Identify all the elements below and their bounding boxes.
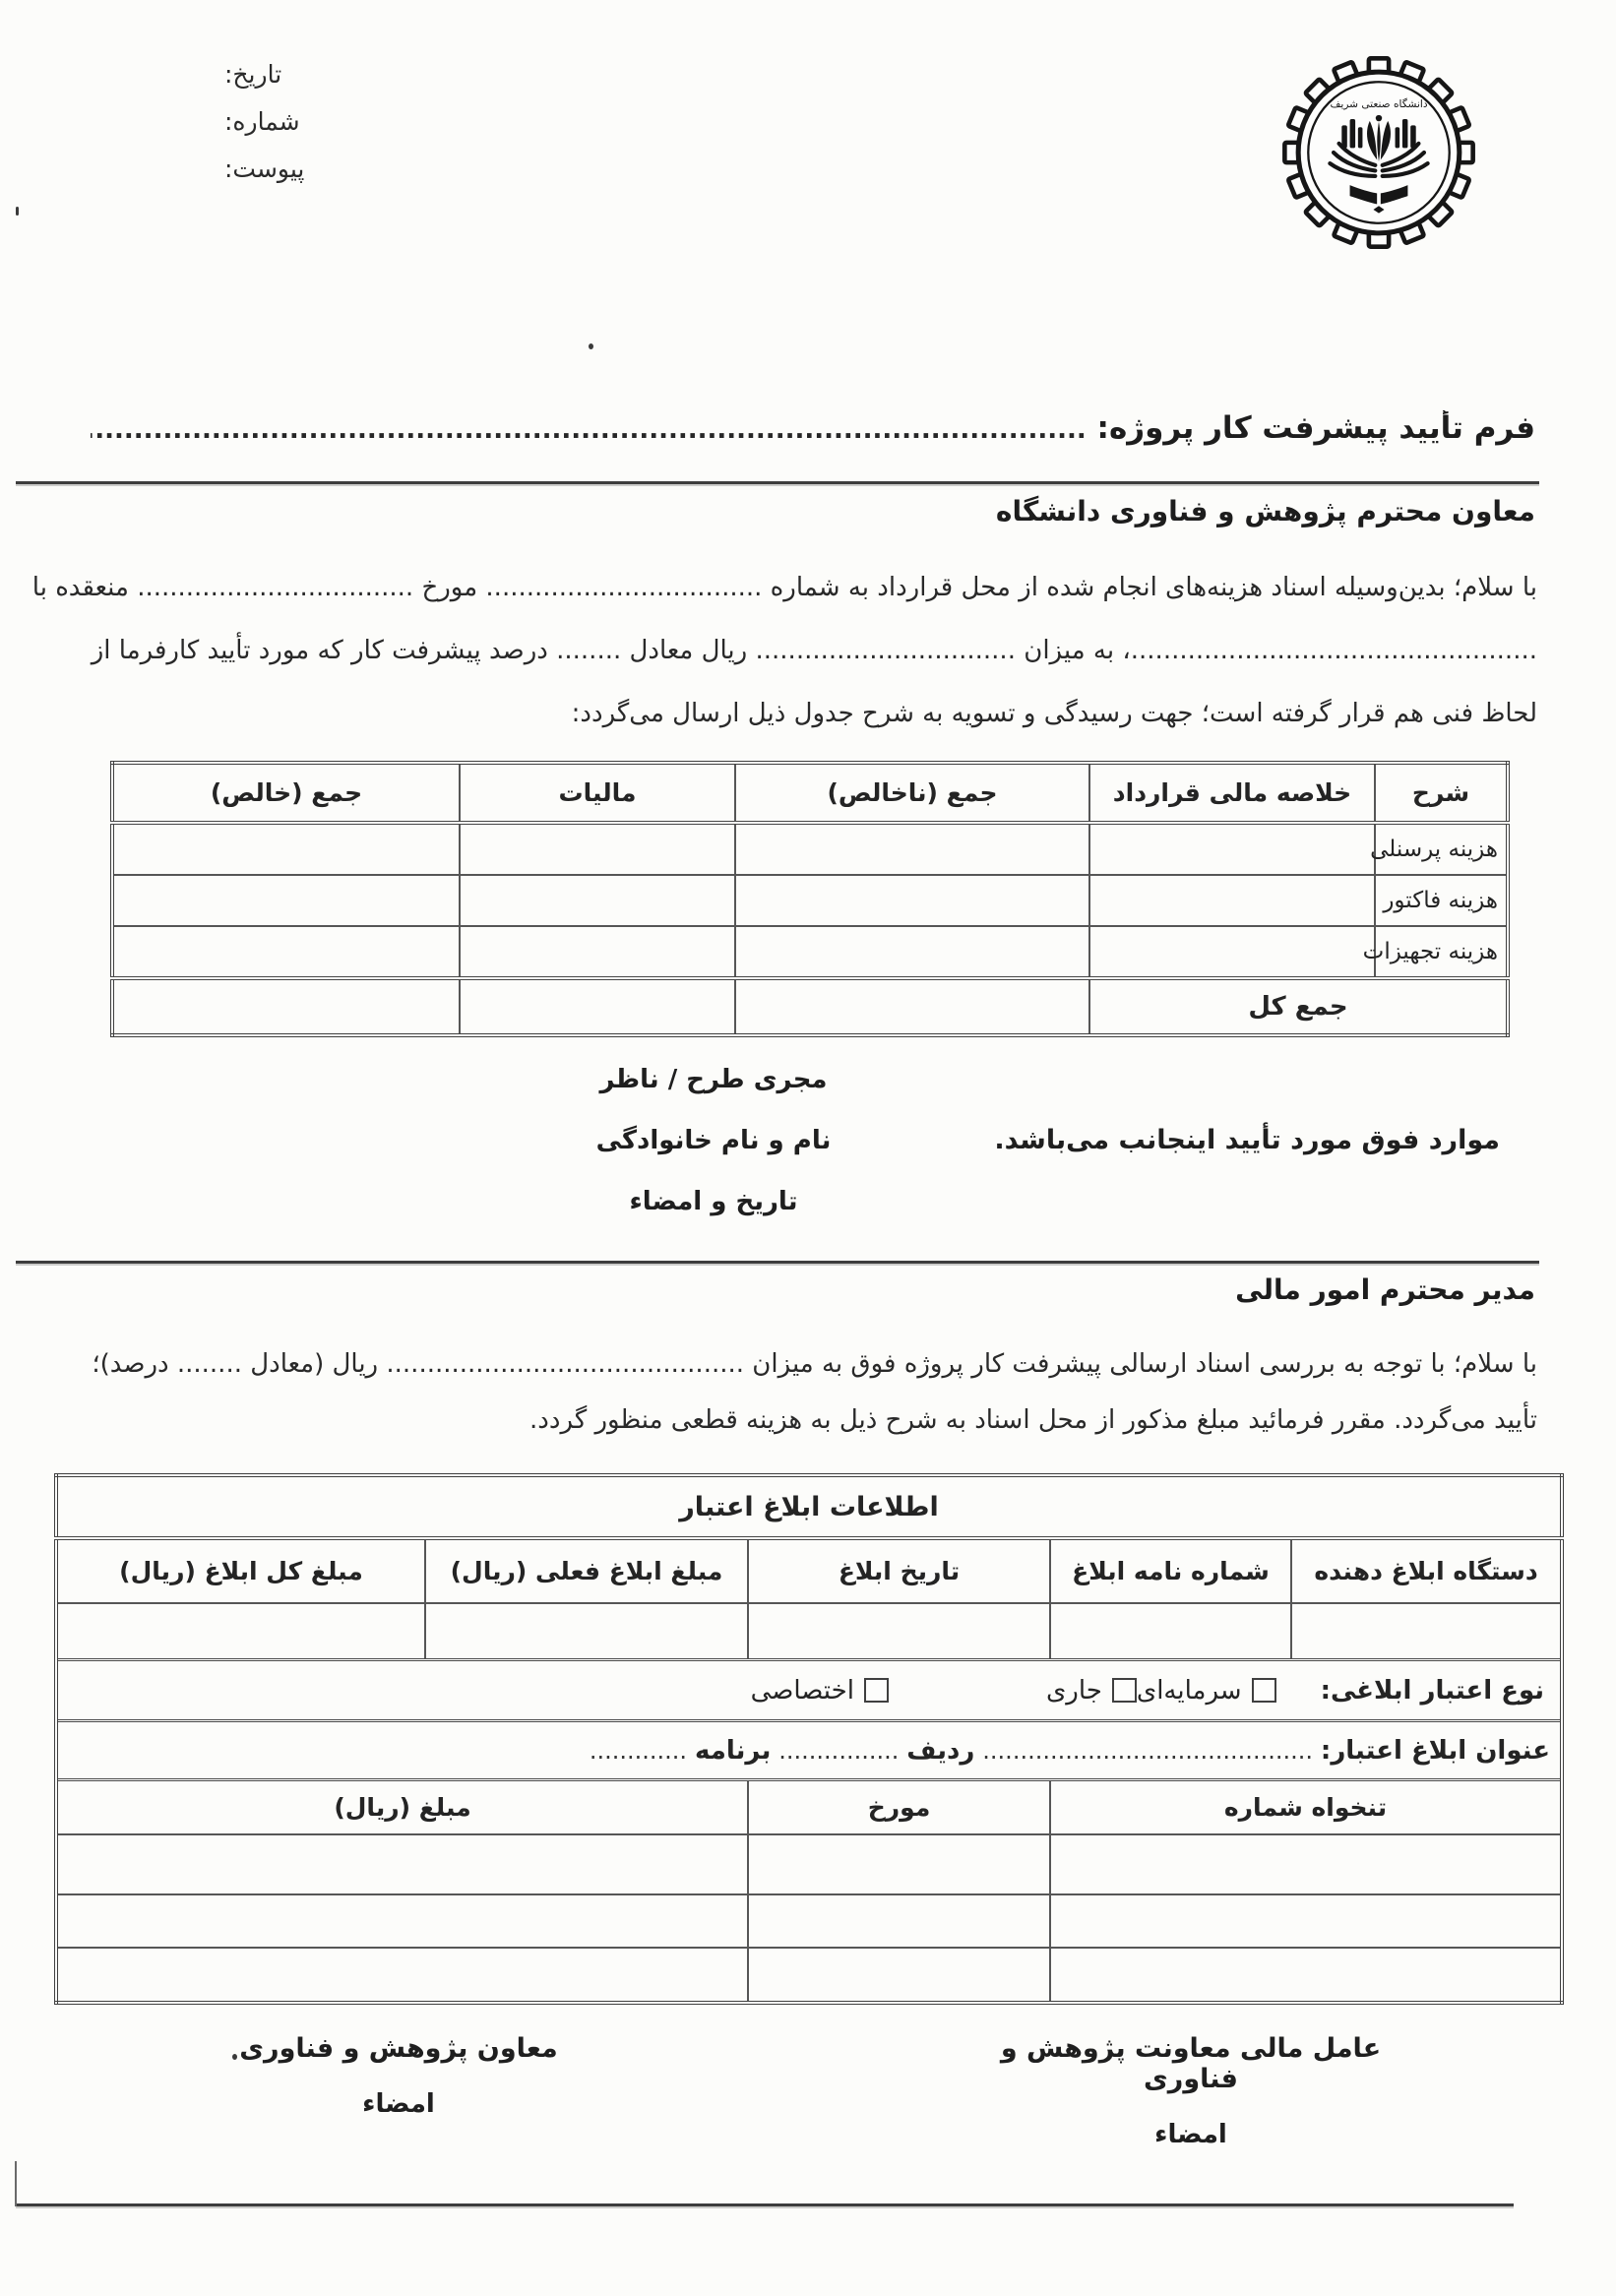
empty-cell xyxy=(56,1834,748,1894)
empty-cell xyxy=(748,1834,1050,1894)
empty-cell xyxy=(735,926,1089,978)
section2-line2: تأیید می‌گردد. مقرر فرمائید مبلغ مذکور ا… xyxy=(25,1393,1537,1449)
program-label: برنامه xyxy=(695,1736,771,1766)
table1-row-equipment: هزینه تجهیزات xyxy=(112,926,1508,978)
program-dots: ............. xyxy=(590,1737,687,1765)
financial-agent-signature-block: عامل مالی معاونت پژوهش و فناوری امضاء xyxy=(955,2033,1427,2149)
checkbox-dedicated-icon[interactable] xyxy=(864,1678,889,1703)
credit-type-option-current: جاری xyxy=(1046,1676,1137,1706)
credit-type-option-dedicated: اختصاصی xyxy=(751,1676,889,1706)
petty-cash-header-row: تنخواه شماره مورخ مبلغ (ریال) xyxy=(56,1780,1562,1835)
row-label-invoice-cost: هزینه فاکتور xyxy=(1375,875,1508,926)
divider-top xyxy=(16,481,1539,484)
letterhead-meta: تاریخ: شماره: پیوست: xyxy=(224,51,333,193)
table1-total-row: جمع کل xyxy=(112,978,1508,1035)
checkbox-capital-label: سرمایه‌ای xyxy=(1137,1676,1242,1706)
signer-role: مجری طرح / ناظر xyxy=(556,1061,871,1098)
university-gear-logo-icon: دانشگاه صنعتی شریف xyxy=(1277,51,1480,254)
section1-paragraph: با سلام؛ بدین‌وسیله اسناد هزینه‌های انجا… xyxy=(25,556,1537,745)
empty-cell xyxy=(56,1894,748,1948)
empty-cell xyxy=(748,1603,1050,1660)
table1-header-row: شرح خلاصه مالی قرارداد جمع (ناخالص) مالی… xyxy=(112,763,1508,823)
petty-cash-blank-row xyxy=(56,1834,1562,1894)
checkbox-current-icon[interactable] xyxy=(1112,1678,1137,1703)
vice-president-signature-label: امضاء xyxy=(162,2089,635,2119)
empty-cell xyxy=(112,978,460,1035)
scan-speck xyxy=(232,2054,237,2060)
university-logo: دانشگاه صنعتی شریف xyxy=(1277,51,1480,254)
page-title: فرم تأیید پیشرفت کار پروژه: xyxy=(1097,410,1535,446)
signer-date-signature-label: تاریخ و امضاء xyxy=(556,1183,871,1220)
section1-line1: با سلام؛ بدین‌وسیله اسناد هزینه‌های انجا… xyxy=(25,556,1537,619)
empty-cell xyxy=(1050,1603,1291,1660)
empty-cell xyxy=(735,823,1089,875)
credit-type-label: نوع اعتبار ابلاغی: xyxy=(1321,1676,1544,1706)
signer-name-label: نام و نام خانوادگی xyxy=(556,1122,871,1159)
table1-header-contract-summary: خلاصه مالی قرارداد xyxy=(1089,763,1375,823)
empty-cell xyxy=(1089,926,1375,978)
empty-cell xyxy=(1291,1603,1562,1660)
empty-cell xyxy=(56,1948,748,2003)
row-label-personnel-cost: هزینه پرسنلی xyxy=(1375,823,1508,875)
petty-cash-blank-row xyxy=(56,1894,1562,1948)
empty-cell xyxy=(1089,823,1375,875)
petty-cash-blank-row xyxy=(56,1948,1562,2003)
credit-type-option-capital: سرمایه‌ای xyxy=(1137,1676,1276,1706)
section1-line3: لحاظ فنی هم قرار گرفته است؛ جهت رسیدگی و… xyxy=(25,682,1537,745)
table2-header-issuer: دستگاه ابلاغ دهنده xyxy=(1291,1538,1562,1603)
table2-title: اطلاعات ابلاغ اعتبار xyxy=(56,1475,1562,1538)
table2-header-total-amount: مبلغ کل ابلاغ (ریال) xyxy=(56,1538,425,1603)
empty-cell xyxy=(1050,1894,1562,1948)
empty-cell xyxy=(56,1603,425,1660)
empty-cell xyxy=(460,823,735,875)
logo-university-name: دانشگاه صنعتی شریف xyxy=(1330,97,1427,110)
title-dots-leader: ........................................… xyxy=(91,415,1087,445)
budget-row-label: ردیف xyxy=(906,1736,974,1766)
empty-cell xyxy=(112,823,460,875)
empty-cell xyxy=(735,875,1089,926)
empty-cell xyxy=(1050,1834,1562,1894)
scan-speck xyxy=(589,343,593,349)
vice-president-signature-block: معاون پژوهش و فناوری امضاء xyxy=(162,2033,635,2119)
petty-cash-number-header: تنخواه شماره xyxy=(1050,1780,1562,1835)
empty-cell xyxy=(112,875,460,926)
credit-type-row: نوع اعتبار ابلاغی: سرمایه‌ای جاری اختصاص… xyxy=(56,1660,1562,1721)
table2-header-current-amount: مبلغ ابلاغ فعلی (ریال) xyxy=(425,1538,748,1603)
empty-cell xyxy=(735,978,1089,1035)
row-label-equipment-cost: هزینه تجهیزات xyxy=(1375,926,1508,978)
petty-cash-amount-header: مبلغ (ریال) xyxy=(56,1780,748,1835)
financial-agent-role: عامل مالی معاونت پژوهش و فناوری xyxy=(955,2033,1427,2094)
table1-row-personnel: هزینه پرسنلی xyxy=(112,823,1508,875)
checkbox-capital-icon[interactable] xyxy=(1252,1678,1276,1703)
table2-title-row: اطلاعات ابلاغ اعتبار xyxy=(56,1475,1562,1538)
allocation-dots: ........................................… xyxy=(982,1737,1313,1765)
checkbox-current-label: جاری xyxy=(1046,1676,1102,1706)
empty-cell xyxy=(1050,1948,1562,2003)
empty-cell xyxy=(748,1894,1050,1948)
credit-allocation-table: اطلاعات ابلاغ اعتبار دستگاه ابلاغ دهنده … xyxy=(54,1473,1564,2005)
empty-cell xyxy=(112,926,460,978)
petty-cash-date-header: مورخ xyxy=(748,1780,1050,1835)
contract-summary-table: شرح خلاصه مالی قرارداد جمع (ناخالص) مالی… xyxy=(110,761,1510,1037)
attachment-label: پیوست: xyxy=(224,146,333,193)
table1-header-net-total: جمع (خالص) xyxy=(112,763,460,823)
empty-cell xyxy=(460,978,735,1035)
allocation-title-row: عنوان ابلاغ اعتبار: ....................… xyxy=(56,1721,1562,1780)
table1-header-gross-total: جمع (ناخالص) xyxy=(735,763,1089,823)
number-label: شماره: xyxy=(224,98,333,146)
executor-signature-block: مجری طرح / ناظر نام و نام خانوادگی تاریخ… xyxy=(556,1061,871,1244)
section2-paragraph: با سلام؛ با توجه به بررسی اسناد ارسالی پ… xyxy=(25,1336,1537,1449)
budget-row-dots: ................ xyxy=(778,1737,899,1765)
scanned-form-page: تاریخ: شماره: پیوست: xyxy=(0,0,1616,2296)
table1-header-tax: مالیات xyxy=(460,763,735,823)
divider-bottom xyxy=(16,2203,1514,2206)
table2-blank-row xyxy=(56,1603,1562,1660)
section1-line2: ........................................… xyxy=(25,619,1537,682)
empty-cell xyxy=(1089,875,1375,926)
scan-speck xyxy=(16,207,19,216)
table2-header-letter-number: شماره نامه ابلاغ xyxy=(1050,1538,1291,1603)
date-label: تاریخ: xyxy=(224,51,333,98)
empty-cell xyxy=(460,875,735,926)
section1-heading: معاون محترم پژوهش و فناوری دانشگاه xyxy=(996,495,1535,527)
section2-line1: با سلام؛ با توجه به بررسی اسناد ارسالی پ… xyxy=(25,1336,1537,1393)
divider-middle xyxy=(16,1261,1539,1264)
approval-statement: موارد فوق مورد تأیید اینجانب می‌باشد. xyxy=(994,1125,1500,1155)
table2-header-row: دستگاه ابلاغ دهنده شماره نامه ابلاغ تاری… xyxy=(56,1538,1562,1603)
empty-cell xyxy=(460,926,735,978)
allocation-label: عنوان ابلاغ اعتبار: xyxy=(1321,1736,1550,1766)
empty-cell xyxy=(425,1603,748,1660)
empty-cell xyxy=(748,1948,1050,2003)
table1-row-invoice: هزینه فاکتور xyxy=(112,875,1508,926)
financial-agent-signature-label: امضاء xyxy=(955,2120,1427,2149)
table1-header-desc: شرح xyxy=(1375,763,1508,823)
checkbox-dedicated-label: اختصاصی xyxy=(751,1676,854,1706)
table2-header-date: تاریخ ابلاغ xyxy=(748,1538,1050,1603)
grand-total-label: جمع کل xyxy=(1089,978,1508,1035)
form-title-line: فرم تأیید پیشرفت کار پروژه: ............… xyxy=(91,410,1535,462)
section2-heading: مدیر محترم امور مالی xyxy=(1235,1273,1535,1306)
scan-page-edge xyxy=(15,2161,17,2206)
